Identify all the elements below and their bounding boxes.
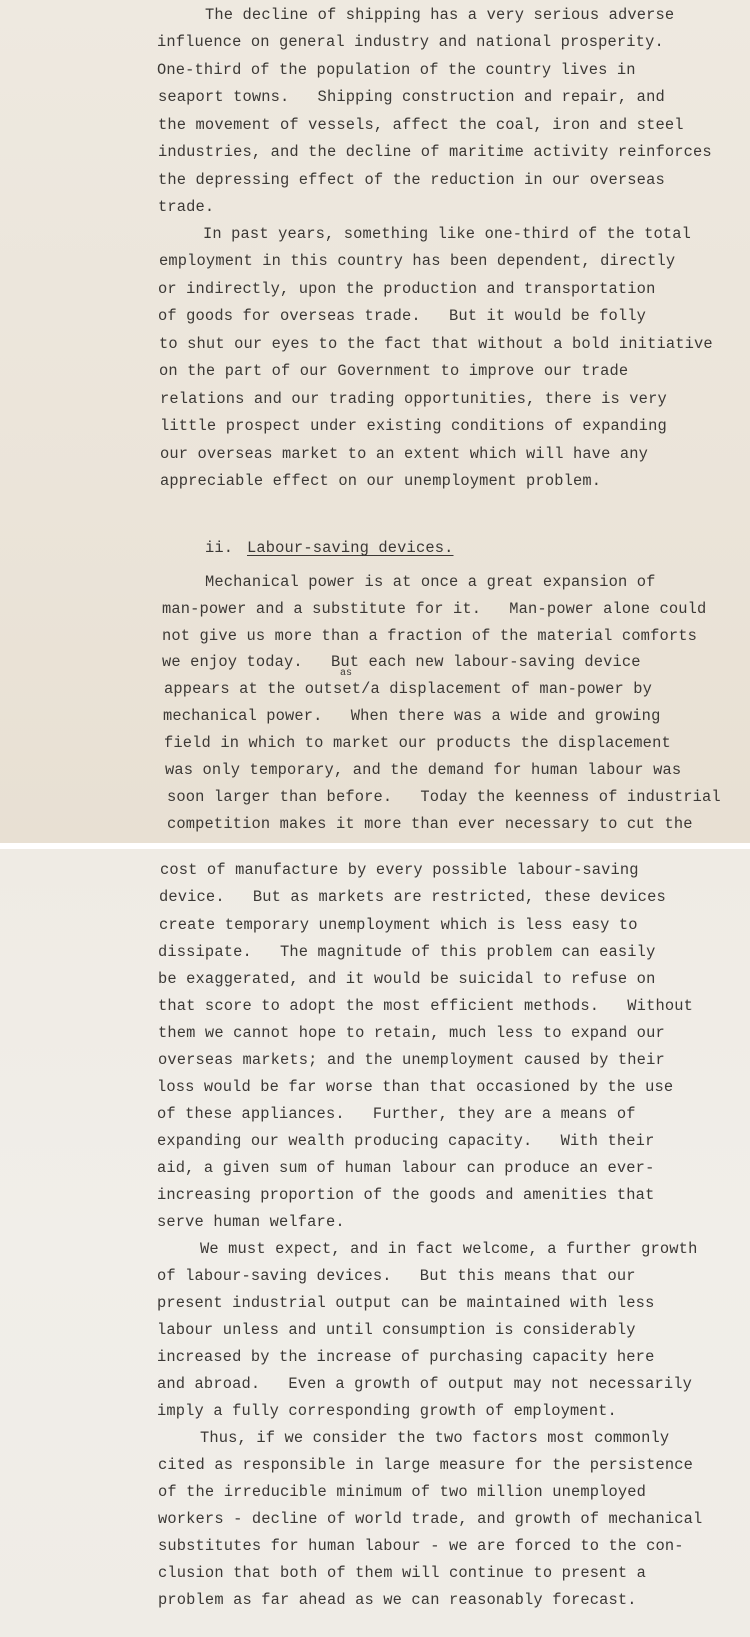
text-line: labour unless and until consumption is c… <box>157 1321 636 1339</box>
text-line: aid, a given sum of human labour can pro… <box>157 1159 654 1177</box>
text-line: increased by the increase of purchasing … <box>157 1348 654 1366</box>
text-line: to shut our eyes to the fact that withou… <box>159 335 713 353</box>
text-line: In past years, something like one-third … <box>203 225 691 243</box>
handwritten-insertion: as <box>340 668 352 679</box>
text-line: of goods for overseas trade. But it woul… <box>158 307 646 325</box>
text-line: dissipate. The magnitude of this problem… <box>158 943 655 961</box>
text-line: on the part of our Government to improve… <box>159 362 628 380</box>
text-line: loss would be far worse than that occasi… <box>157 1078 673 1096</box>
text-line: Thus, if we consider the two factors mos… <box>200 1429 669 1447</box>
text-line: clusion that both of them will continue … <box>158 1564 646 1582</box>
text-line: our overseas market to an extent which w… <box>160 445 648 463</box>
text-line: be exaggerated, and it would be suicidal… <box>158 970 655 988</box>
text-line: seaport towns. Shipping construction and… <box>158 88 665 106</box>
text-line: substitutes for human labour - we are fo… <box>158 1537 684 1555</box>
text-line: industries, and the decline of maritime … <box>158 143 712 161</box>
text-line: problem as far ahead as we can reasonabl… <box>158 1591 637 1609</box>
text-line: not give us more than a fraction of the … <box>162 627 697 645</box>
text-line: of labour-saving devices. But this means… <box>157 1267 636 1285</box>
text-line: the movement of vessels, affect the coal… <box>158 116 684 134</box>
text-line: competition makes it more than ever nece… <box>167 815 693 833</box>
text-line: of the irreducible minimum of two millio… <box>158 1483 646 1501</box>
text-line: imply a fully corresponding growth of em… <box>157 1402 617 1420</box>
text-line: overseas markets; and the unemployment c… <box>158 1051 665 1069</box>
text-line: device. But as markets are restricted, t… <box>159 888 666 906</box>
text-line: expanding our wealth producing capacity.… <box>157 1132 654 1150</box>
section-number: ii. <box>205 539 233 557</box>
text-line: mechanical power. When there was a wide … <box>163 707 660 725</box>
text-line: we enjoy today. But each new labour-savi… <box>162 653 641 671</box>
text-line: present industrial output can be maintai… <box>157 1294 654 1312</box>
text-line: appears at the outset/a displacement of … <box>164 680 652 698</box>
section-title: Labour-saving devices. <box>247 539 454 557</box>
text-line: One-third of the population of the count… <box>157 61 636 79</box>
text-line: trade. <box>158 198 214 216</box>
text-line: that score to adopt the most efficient m… <box>158 997 693 1015</box>
text-line: The decline of shipping has a very serio… <box>205 6 674 24</box>
text-line: serve human welfare. <box>157 1213 345 1231</box>
text-line: employment in this country has been depe… <box>159 252 675 270</box>
text-line: and abroad. Even a growth of output may … <box>157 1375 692 1393</box>
text-line: was only temporary, and the demand for h… <box>165 761 681 779</box>
text-line: soon larger than before. Today the keenn… <box>167 788 721 806</box>
text-line: create temporary unemployment which is l… <box>159 916 638 934</box>
text-line: them we cannot hope to retain, much less… <box>158 1024 665 1042</box>
text-line: We must expect, and in fact welcome, a f… <box>200 1240 697 1258</box>
text-line: the depressing effect of the reduction i… <box>158 171 665 189</box>
text-line: workers - decline of world trade, and gr… <box>158 1510 702 1528</box>
text-line: cited as responsible in large measure fo… <box>158 1456 693 1474</box>
text-line: Mechanical power is at once a great expa… <box>205 573 656 591</box>
text-line: appreciable effect on our unemployment p… <box>160 472 601 490</box>
text-line: increasing proportion of the goods and a… <box>157 1186 654 1204</box>
text-line: or indirectly, upon the production and t… <box>158 280 655 298</box>
text-line: influence on general industry and nation… <box>157 33 664 51</box>
text-line: cost of manufacture by every possible la… <box>160 861 639 879</box>
text-line: man-power and a substitute for it. Man-p… <box>162 600 706 618</box>
text-line: little prospect under existing condition… <box>160 417 667 435</box>
text-line: field in which to market our products th… <box>164 734 671 752</box>
scanned-page-2: cost of manufacture by every possible la… <box>0 849 750 1637</box>
text-line: relations and our trading opportunities,… <box>160 390 667 408</box>
text-line: of these appliances. Further, they are a… <box>157 1105 636 1123</box>
scanned-page-1: The decline of shipping has a very serio… <box>0 0 750 843</box>
